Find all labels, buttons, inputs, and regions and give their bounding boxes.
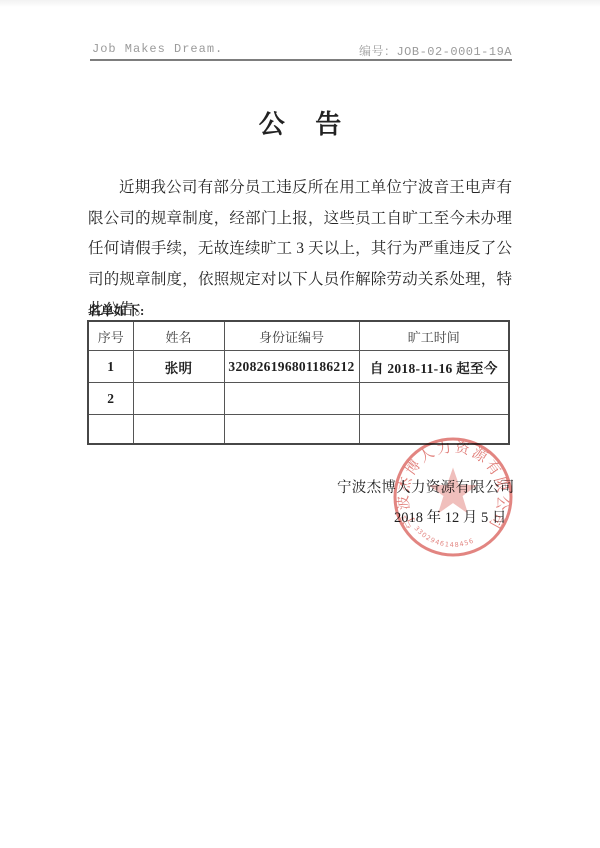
company-seal-stamp: 宁波杰博人力资源有限公司 3302946148456	[383, 427, 523, 567]
signature-company-name: 宁波杰博人力资源有限公司	[337, 476, 515, 497]
col-header-name: 姓名	[133, 321, 224, 351]
table-row: 1 张明 320826196801186212 自 2018-11-16 起至今	[88, 351, 509, 383]
col-header-absence-period: 旷工时间	[359, 321, 509, 351]
cell-absence-period	[359, 383, 509, 415]
cell-absence-period	[359, 415, 509, 445]
cell-name: 张明	[133, 351, 224, 383]
table-row: 2	[88, 383, 509, 415]
seal-circle	[395, 439, 511, 555]
header-divider	[90, 59, 512, 61]
notice-paragraph: 近期我公司有部分员工违反所在用工单位宁波音王电声有限公司的规章制度，经部门上报，…	[88, 173, 512, 326]
signature-date: 2018 年 12 月 5 日	[394, 506, 506, 527]
col-header-id-number: 身份证编号	[224, 321, 359, 351]
cell-name	[133, 383, 224, 415]
seal-serial-number: 3302946148456	[413, 524, 476, 549]
header-slogan: Job Makes Dream.	[92, 42, 223, 56]
roster-label: 名单如下:	[88, 300, 144, 319]
cell-absence-period: 自 2018-11-16 起至今	[359, 351, 509, 383]
cell-index	[88, 415, 133, 445]
cell-id-number	[224, 415, 359, 445]
table-header-row: 序号 姓名 身份证编号 旷工时间	[88, 321, 509, 351]
document-number: 编号：JOB-02-0001-19A	[359, 42, 512, 59]
cell-id-number	[224, 383, 359, 415]
table-row	[88, 415, 509, 445]
dismissal-roster-table: 序号 姓名 身份证编号 旷工时间 1 张明 320826196801186212…	[87, 320, 510, 445]
cell-id-number: 320826196801186212	[224, 351, 359, 383]
cell-index: 1	[88, 351, 133, 383]
notice-title: 公 告	[0, 104, 600, 141]
notice-document-page: Job Makes Dream. 编号：JOB-02-0001-19A 公 告 …	[0, 0, 600, 848]
col-header-index: 序号	[88, 321, 133, 351]
cell-name	[133, 415, 224, 445]
cell-index: 2	[88, 383, 133, 415]
